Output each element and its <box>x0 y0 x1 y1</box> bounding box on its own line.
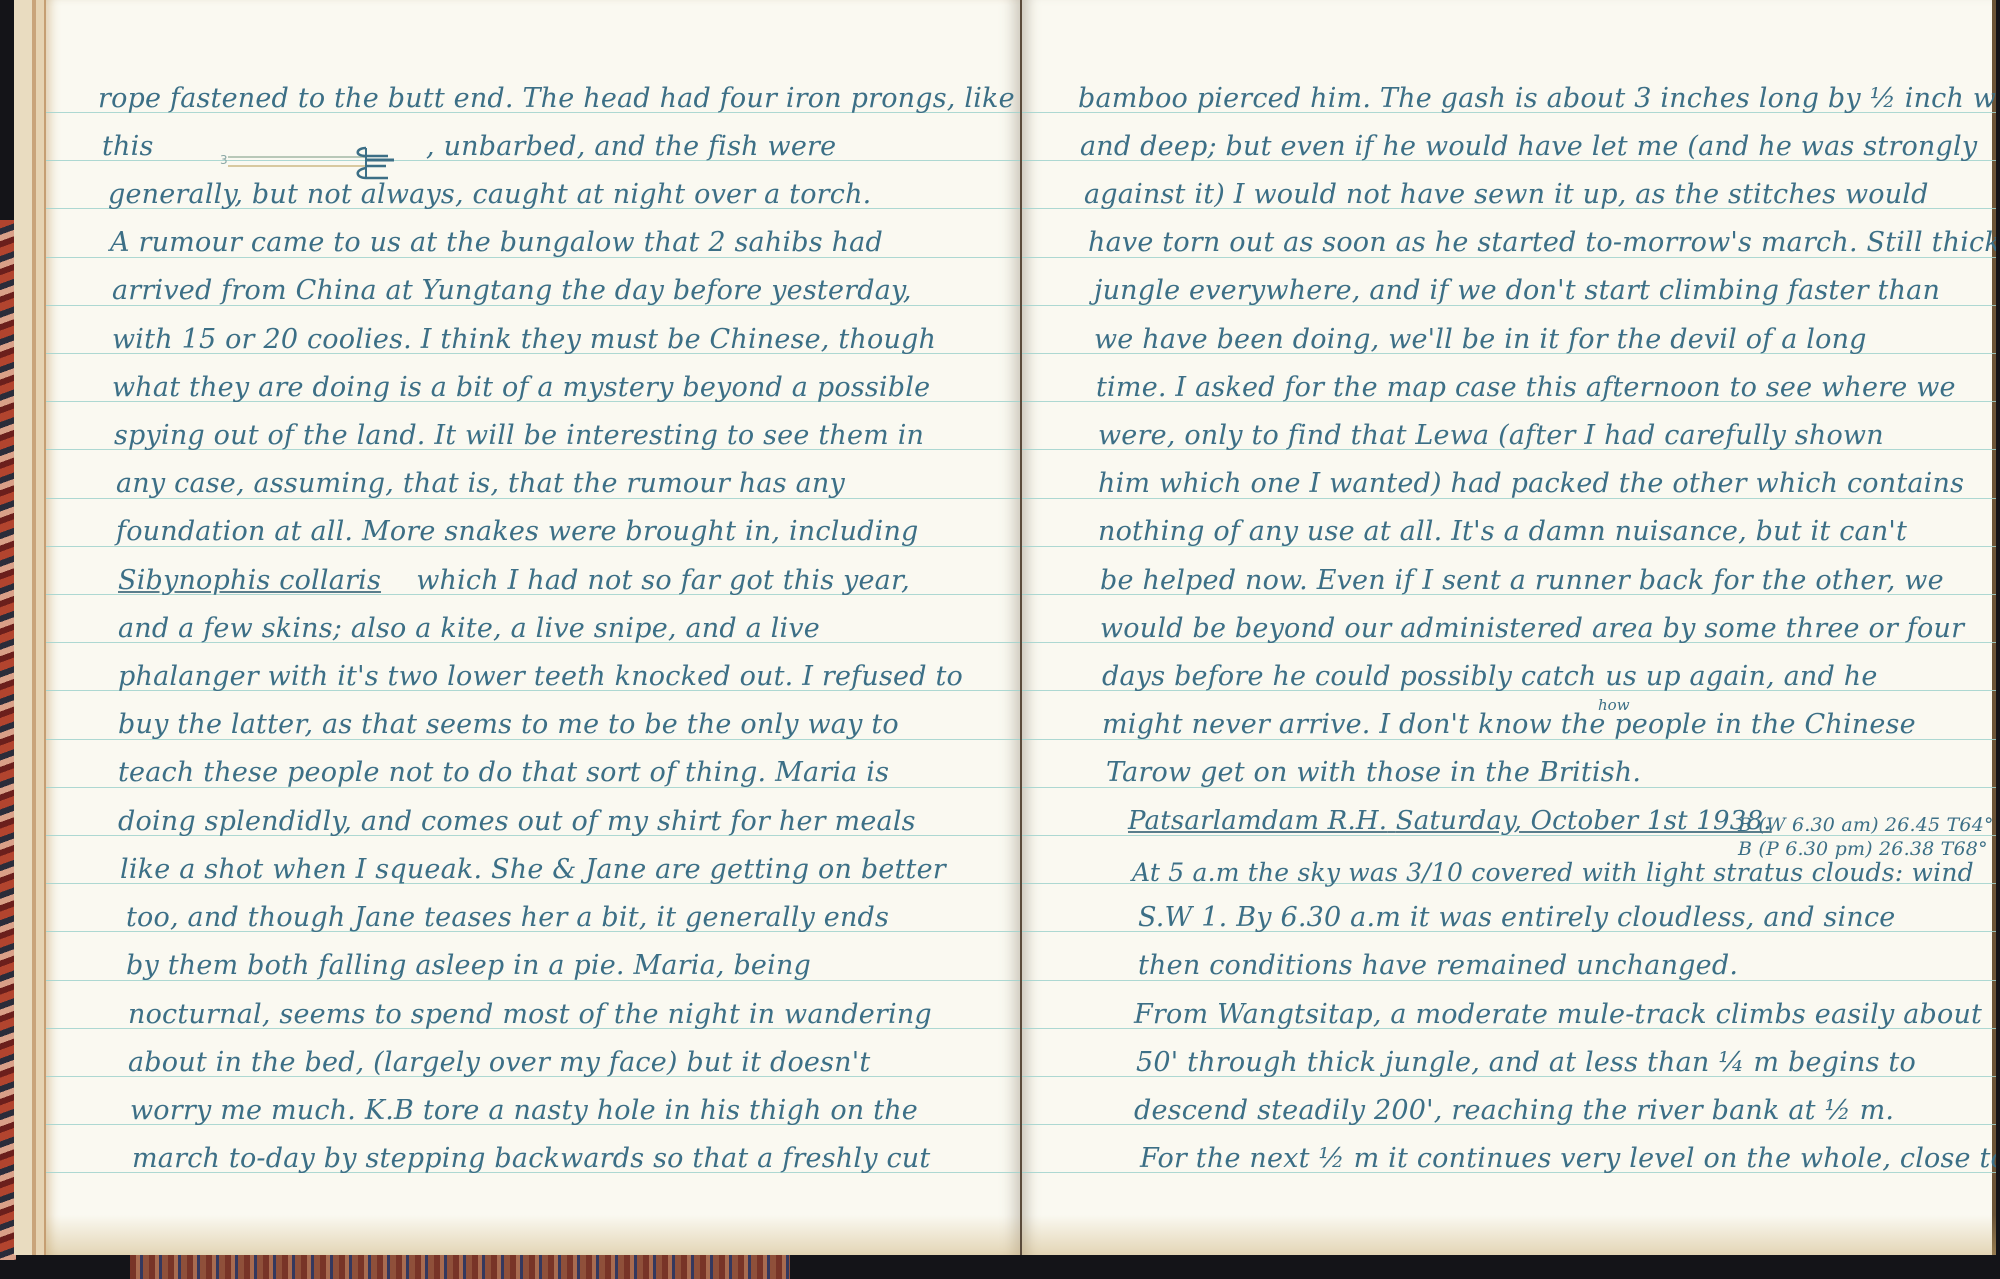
text-line: At 5 a.m the sky was 3/10 covered with l… <box>1132 858 1974 888</box>
text-line: have torn out as soon as he started to-m… <box>1088 228 1996 258</box>
entry-heading: Patsarlamdam R.H. Saturday, October 1st … <box>1128 806 1772 836</box>
text-line: S.W 1. By 6.30 a.m it was entirely cloud… <box>1138 903 1895 933</box>
text-line: nocturnal, seems to spend most of the ni… <box>128 1000 932 1030</box>
text-line: might never arrive. I don't know the peo… <box>1102 710 1916 740</box>
text-line: bamboo pierced him. The gash is about 3 … <box>1078 84 1996 114</box>
text-line: be helped now. Even if I sent a runner b… <box>1100 566 1944 596</box>
text-line: jungle everywhere, and if we don't start… <box>1094 276 1940 306</box>
text-line: doing splendidly, and comes out of my sh… <box>118 807 916 837</box>
text-line: 50' through thick jungle, and at less th… <box>1136 1048 1916 1078</box>
text-line: too, and though Jane teases her a bit, i… <box>126 903 889 933</box>
text-line: time. I asked for the map case this afte… <box>1096 373 1956 403</box>
text-line: foundation at all. More snakes were brou… <box>116 517 919 547</box>
text-line: then conditions have remained unchanged. <box>1138 951 1738 981</box>
text-line: rope fastened to the butt end. The head … <box>98 84 1015 114</box>
text-line: like a shot when I squeak. She & Jane ar… <box>120 855 946 885</box>
text-line: and deep; but even if he would have let … <box>1080 132 1977 162</box>
sketch-caption: 3 <box>220 153 228 167</box>
text-line: with 15 or 20 coolies. I think they must… <box>112 325 936 355</box>
text-line: against it) I would not have sewn it up,… <box>1084 180 1929 210</box>
text-line: march to-day by stepping backwards so th… <box>132 1144 930 1174</box>
text-line: by them both falling asleep in a pie. Ma… <box>126 951 811 981</box>
right-page: bamboo pierced him. The gash is about 3 … <box>1022 0 1996 1255</box>
text-line: worry me much. K.B tore a nasty hole in … <box>130 1096 918 1126</box>
text-line: and a few skins; also a kite, a live sni… <box>118 614 820 644</box>
entry-place: Patsarlamdam R.H. <box>1128 806 1387 836</box>
text-line: Sibynophis collaris which I had not so f… <box>118 566 910 596</box>
text-line: him which one I wanted) had packed the o… <box>1098 469 1964 499</box>
text-line: were, only to find that Lewa (after I ha… <box>1098 421 1884 451</box>
text-line: would be beyond our administered area by… <box>1100 614 1964 644</box>
text-line: arrived from China at Yungtang the day b… <box>112 276 912 306</box>
text-line: , unbarbed, and the fish were <box>426 132 836 162</box>
text-line: any case, assuming, that is, that the ru… <box>116 469 845 499</box>
text-line: spying out of the land. It will be inter… <box>114 421 924 451</box>
left-page: rope fastened to the butt end. The head … <box>46 0 1022 1255</box>
text-line: about in the bed, (largely over my face)… <box>128 1048 870 1078</box>
book-board-edge <box>14 0 48 1255</box>
text-line: this <box>102 132 154 162</box>
text-fragment: which I had not so far got this year, <box>416 565 910 596</box>
text-line: teach these people not to do that sort o… <box>118 758 889 788</box>
text-line: nothing of any use at all. It's a damn n… <box>1098 517 1907 547</box>
page-foxing <box>1022 1215 1996 1255</box>
text-line: phalanger with it's two lower teeth knoc… <box>118 662 963 692</box>
text-line: we have been doing, we'll be in it for t… <box>1094 325 1867 355</box>
text-line: days before he could possibly catch us u… <box>1102 662 1878 692</box>
text-line: For the next ½ m it continues very level… <box>1140 1144 1996 1174</box>
text-line: From Wangtsitap, a moderate mule-track c… <box>1134 1000 1982 1030</box>
species-name-underlined: Sibynophis collaris <box>118 565 381 596</box>
text-line: descend steadily 200', reaching the rive… <box>1134 1096 1894 1126</box>
entry-date: Saturday, October 1st 1938. <box>1396 806 1772 836</box>
text-line: what they are doing is a bit of a myster… <box>112 373 930 403</box>
text-line: Tarow get on with those in the British. <box>1106 758 1641 788</box>
text-fragment <box>390 565 408 596</box>
text-line: buy the latter, as that seems to me to b… <box>118 710 899 740</box>
page-foxing <box>46 1215 1022 1255</box>
text-line: generally, but not always, caught at nig… <box>108 180 871 210</box>
text-line: A rumour came to us at the bungalow that… <box>110 228 883 258</box>
marbled-edge-bottom <box>130 1253 790 1279</box>
